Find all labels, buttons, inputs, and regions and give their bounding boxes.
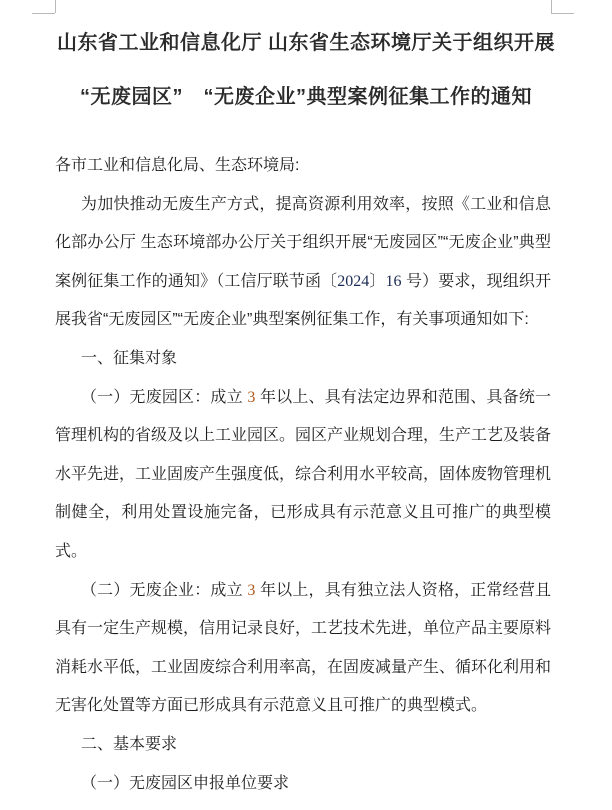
- paragraph-section-2-heading: 二、基本要求: [55, 726, 551, 765]
- paragraph-item-1-2-enterprises: （二）无废企业：成立 3 年以上，具有独立法人资格，正常经营且具有一定生产规模，…: [55, 572, 551, 726]
- text-run: 〕: [369, 273, 385, 290]
- text-run: （一）无废园区申报单位要求: [81, 775, 289, 792]
- text-boundary-mark-top-right-horizontal: [551, 13, 574, 14]
- paragraph-salutation: 各市工业和信息化局、生态环境局:: [55, 147, 551, 186]
- text-run: 一、征集对象: [81, 350, 177, 367]
- document-page: 山东省工业和信息化厅 山东省生态环境厅关于组织开展 “无废园区” “无废企业”典…: [0, 0, 612, 810]
- text-run: 年以上，具有独立法人资格，正常经营且具有一定生产规模，信用记录良好，工艺技术先进…: [55, 582, 551, 715]
- document-title: 山东省工业和信息化厅 山东省生态环境厅关于组织开展 “无废园区” “无废企业”典…: [30, 16, 582, 124]
- document-title-line-2: “无废园区” “无废企业”典型案例征集工作的通知: [30, 70, 582, 124]
- text-boundary-mark-top-left-horizontal: [32, 13, 55, 14]
- text-run: （二）无废企业：成立: [81, 582, 247, 599]
- number-run: 16: [385, 273, 401, 290]
- number-run: 2024: [337, 273, 369, 290]
- paragraph-intro: 为加快推动无废生产方式，提高资源利用效率，按照《工业和信息化部办公厅 生态环境部…: [55, 186, 551, 340]
- document-body: 各市工业和信息化局、生态环境局:为加快推动无废生产方式，提高资源利用效率，按照《…: [55, 147, 551, 803]
- text-run: 年以上、具有法定边界和范围、具备统一管理机构的省级及以上工业园区。园区产业规划合…: [55, 389, 551, 560]
- paragraph-item-2-1-park-applicant-requirements: （一）无废园区申报单位要求: [55, 765, 551, 804]
- text-run: 各市工业和信息化局、生态环境局:: [55, 157, 299, 174]
- paragraph-section-1-heading: 一、征集对象: [55, 340, 551, 379]
- text-run: 二、基本要求: [81, 736, 177, 753]
- text-run: （一）无废园区：成立: [81, 389, 247, 406]
- text-boundary-mark-top-left-vertical: [55, 0, 56, 13]
- document-title-line-1: 山东省工业和信息化厅 山东省生态环境厅关于组织开展: [30, 16, 582, 70]
- paragraph-item-1-1-parks: （一）无废园区：成立 3 年以上、具有法定边界和范围、具备统一管理机构的省级及以…: [55, 379, 551, 572]
- text-boundary-mark-top-right-vertical: [551, 0, 552, 13]
